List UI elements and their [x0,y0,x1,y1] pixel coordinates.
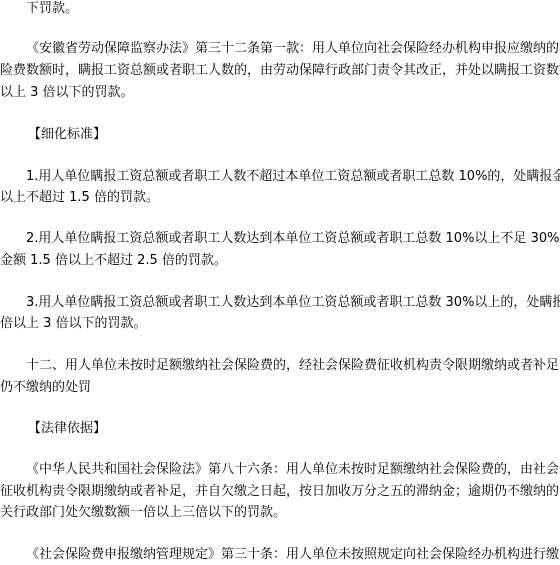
text-line: 倍以上 3 倍以下的罚款。 [0,316,560,332]
text-line: 下罚款。 [26,1,560,17]
text-line: 关行政部门处欠缴数额一倍以上三倍以下的罚款。 [0,505,560,521]
section-heading: 【细化标准】 [28,127,560,143]
section-heading: 【法律依据】 [28,421,560,437]
text-line: 以上 3 倍以下的罚款。 [0,85,560,101]
text-line: 金额 1.5 倍以上不超过 2.5 倍的罚款。 [0,253,560,269]
text-line: 《安徽省劳动保障监察办法》第三十二条第一款：用人单位向社会保险经办机构申报应缴纳… [26,41,560,57]
text-line: 险费数额时，瞒报工资总额或者职工人数的，由劳动保障行政部门责令其改正，并处以瞒报… [0,63,560,79]
text-line: 仍不缴纳的处罚 [0,380,560,396]
text-line: 2.用人单位瞒报工资总额或者职工人数达到本单位工资总额或者职工总数 10%以上不… [26,231,560,247]
text-line: 《中华人民共和国社会保险法》第八十六条：用人单位未按时足额缴纳社会保险费的，由社… [26,462,560,478]
text-line: 3.用人单位瞒报工资总额或者职工人数达到本单位工资总额或者职工总数 30%以上的… [26,295,560,311]
text-line: 征收机构责令限期缴纳或者补足，并自欠缴之日起，按日加收万分之五的滞纳金；逾期仍不… [0,484,560,500]
text-line: 十二、用人单位未按时足额缴纳社会保险费的，经社会保险费征收机构责令限期缴纳或者补… [26,358,560,374]
text-line: 以上不超过 1.5 倍的罚款。 [0,190,560,206]
text-line: 《社会保险费申报缴纳管理规定》第三十条：用人单位未按照规定向社会保险经办机构进行… [26,547,560,563]
text-line: 1.用人单位瞒报工资总额或者职工人数不超过本单位工资总额或者职工总数 10%的，… [26,169,560,185]
